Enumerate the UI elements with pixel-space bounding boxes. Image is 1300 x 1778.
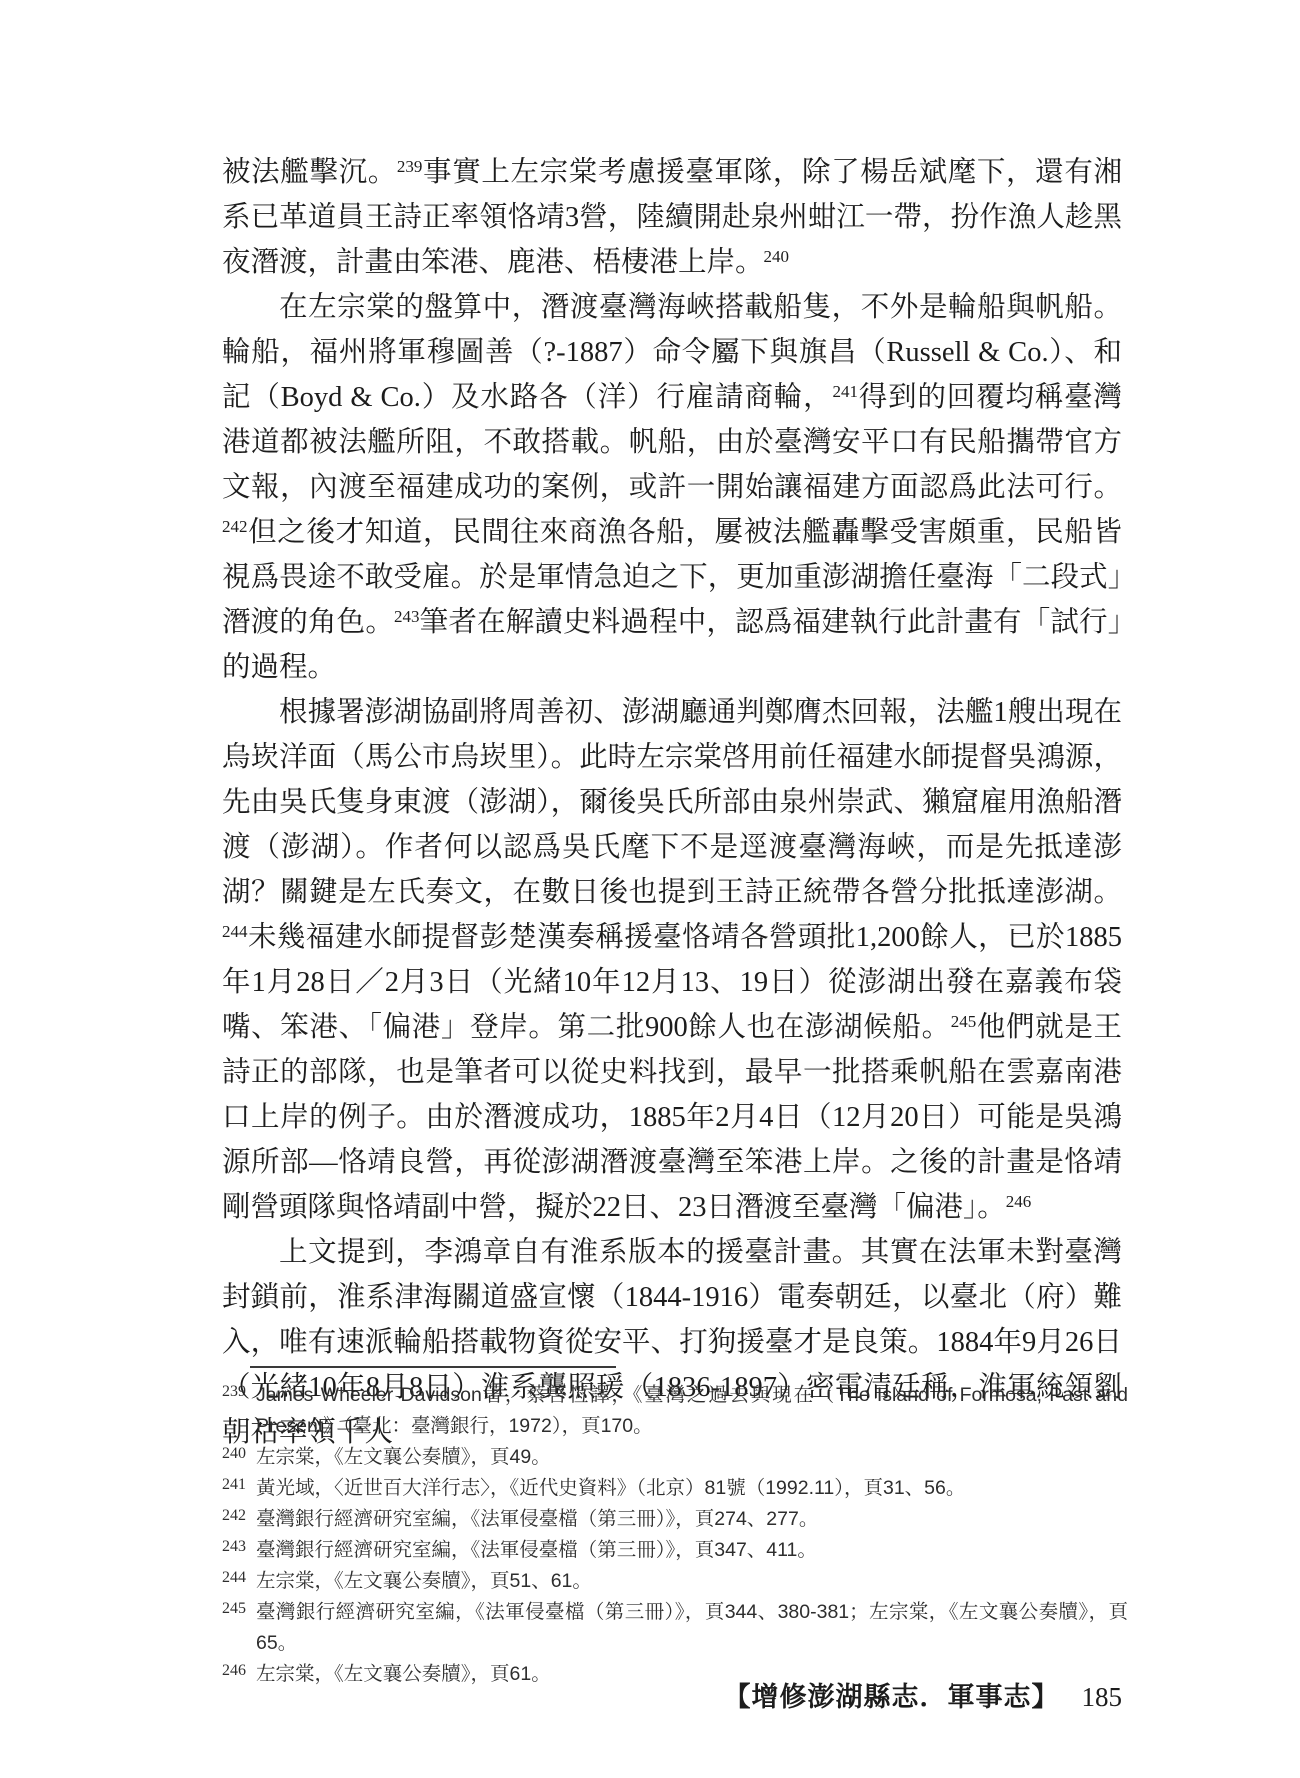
footnote-ref: 245	[951, 1012, 977, 1031]
footnote-number: 245	[222, 1593, 256, 1655]
footnote-number: 244	[222, 1562, 256, 1593]
page-footer: 【增修澎湖縣志．軍事志】185	[724, 1680, 1123, 1714]
footnote-ref: 243	[394, 607, 420, 626]
footnote-number: 239	[222, 1376, 256, 1438]
footnote-ref: 241	[832, 382, 858, 401]
footnote-item: 244左宗棠，《左文襄公奏牘》，頁51、61。	[222, 1566, 1128, 1597]
body-text: 被法艦擊沉。239事實上左宗棠考慮援臺軍隊，除了楊岳斌麾下，還有湘系已革道員王詩…	[222, 150, 1122, 1455]
footnote-text: James Wheeler Davidson著，蔡啓恆譯，《臺灣之過去與現在（T…	[256, 1380, 1128, 1442]
body-paragraph: 被法艦擊沉。239事實上左宗棠考慮援臺軍隊，除了楊岳斌麾下，還有湘系已革道員王詩…	[222, 150, 1122, 285]
footnote-number: 242	[222, 1500, 256, 1531]
footnote-item: 245臺灣銀行經濟研究室編，《法軍侵臺檔（第三冊）》，頁344、380-381；…	[222, 1597, 1128, 1659]
footnote-number: 241	[222, 1469, 256, 1500]
footnotes: 239James Wheeler Davidson著，蔡啓恆譯，《臺灣之過去與現…	[222, 1380, 1128, 1690]
body-paragraph: 根據署澎湖協副將周善初、澎湖廳通判鄭膺杰回報，法艦1艘出現在烏崁洋面（馬公市烏崁…	[222, 690, 1122, 1230]
footnote-ref: 242	[222, 517, 248, 536]
footnote-ref: 240	[764, 247, 790, 266]
footnote-text: 臺灣銀行經濟研究室編，《法軍侵臺檔（第三冊）》，頁347、411。	[256, 1535, 1128, 1566]
footnote-item: 243臺灣銀行經濟研究室編，《法軍侵臺檔（第三冊）》，頁347、411。	[222, 1535, 1128, 1566]
volume-title: 【增修澎湖縣志．軍事志】	[724, 1682, 1060, 1712]
body-paragraph: 在左宗棠的盤算中，潛渡臺灣海峽搭載船隻，不外是輪船與帆船。輪船，福州將軍穆圖善（…	[222, 285, 1122, 690]
footnote-ref: 244	[222, 922, 248, 941]
footnote-text: 黃光域，〈近世百大洋行志〉，《近代史資料》（北京）81號（1992.11），頁3…	[256, 1473, 1128, 1504]
footnote-item: 242臺灣銀行經濟研究室編，《法軍侵臺檔（第三冊）》，頁274、277。	[222, 1504, 1128, 1535]
footnote-item: 240左宗棠，《左文襄公奏牘》，頁49。	[222, 1442, 1128, 1473]
footnote-text: 左宗棠，《左文襄公奏牘》，頁49。	[256, 1442, 1128, 1473]
footnote-text: 臺灣銀行經濟研究室編，《法軍侵臺檔（第三冊）》，頁344、380-381；左宗棠…	[256, 1597, 1128, 1659]
footnote-separator	[250, 1366, 616, 1368]
footnote-text: 臺灣銀行經濟研究室編，《法軍侵臺檔（第三冊）》，頁274、277。	[256, 1504, 1128, 1535]
footnote-number: 240	[222, 1438, 256, 1469]
footnote-item: 239James Wheeler Davidson著，蔡啓恆譯，《臺灣之過去與現…	[222, 1380, 1128, 1442]
book-page: 被法艦擊沉。239事實上左宗棠考慮援臺軍隊，除了楊岳斌麾下，還有湘系已革道員王詩…	[0, 0, 1300, 1778]
footnote-ref: 239	[397, 157, 423, 176]
footnote-item: 241黃光域，〈近世百大洋行志〉，《近代史資料》（北京）81號（1992.11）…	[222, 1473, 1128, 1504]
footnote-text: 左宗棠，《左文襄公奏牘》，頁51、61。	[256, 1566, 1128, 1597]
footnote-ref: 246	[1006, 1192, 1032, 1211]
footnote-number: 243	[222, 1531, 256, 1562]
footnote-number: 246	[222, 1655, 256, 1686]
page-number: 185	[1082, 1682, 1123, 1712]
